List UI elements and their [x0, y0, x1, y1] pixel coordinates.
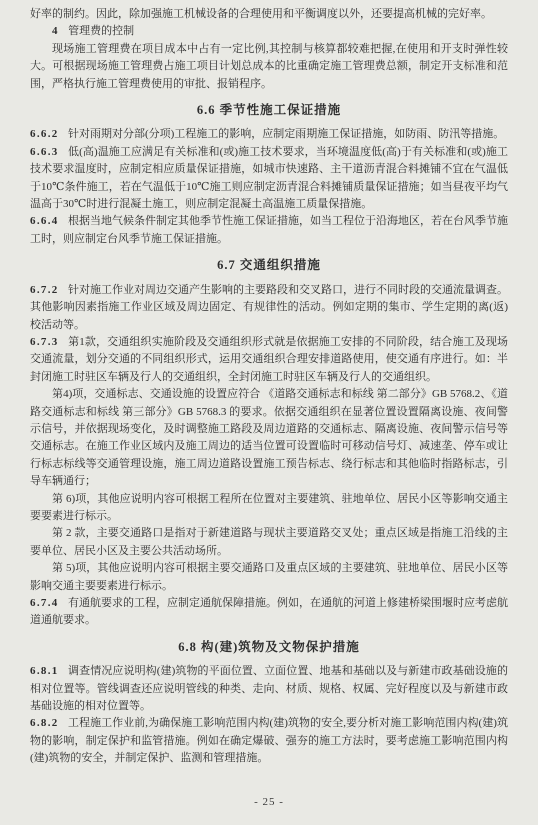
clause-6-7-2: 6.7.2针对施工作业对周边交通产生影响的主要路段和交叉路口，进行不同时段的交通… — [30, 282, 508, 334]
paragraph-clause-2: 第 2 款，主要交通路口是指对于新建道路与现状主要道路交叉处；重点区域是指施工沿… — [30, 525, 508, 560]
clause-6-6-3: 6.6.3低(高)温施工应满足有关标准和(或)施工技术要求，当环境温度低(高)于… — [30, 144, 508, 214]
clause-text: 工程施工作业前,为确保施工影响范围内构(建)筑物的安全,要分析对施工影响范围内构… — [30, 717, 508, 764]
clause-text: 针对施工作业对周边交通产生影响的主要路段和交叉路口，进行不同时段的交通流量调查。… — [30, 284, 508, 331]
page-number: - 25 - — [0, 794, 538, 811]
clause-number: 6.6.3 — [30, 146, 59, 158]
clause-number: 6.7.2 — [30, 284, 59, 296]
clause-text: 第1款，交通组织实施阶段及交通组织形式就是依据施工安排的不同阶段，结合施工及现场… — [30, 336, 508, 383]
clause-text: 有通航要求的工程，应制定通航保障措施。例如，在通航的河道上修建桥梁围堰时应考虑航… — [30, 597, 508, 626]
paragraph-item-4: 第4)项，交通标志、交通设施的设置应符合 《道路交通标志和标线 第二部分》GB … — [30, 386, 508, 490]
paragraph-item-5: 第 5)项，其他应说明内容可根据主要交通路口及重点区域的主要建筑、驻地单位、居民… — [30, 560, 508, 595]
paragraph-item-6: 第 6)项，其他应说明内容可根据工程所在位置对主要建筑、驻地单位、居民小区等影响… — [30, 491, 508, 526]
document-page: 好率的制约。因此，除加强施工机械设备的合理使用和平衡调度以外，还要提高机械的完好… — [0, 0, 538, 825]
clause-6-6-4: 6.6.4根据当地气候条件制定其他季节性施工保证措施，如当工程位于沿海地区，若在… — [30, 213, 508, 248]
clause-number: 6.8.2 — [30, 717, 59, 729]
clause-number: 6.7.4 — [30, 597, 59, 609]
clause-6-7-3: 6.7.3第1款，交通组织实施阶段及交通组织形式就是依据施工安排的不同阶段，结合… — [30, 334, 508, 386]
section-heading-6-6: 6.6 季节性施工保证措施 — [30, 102, 508, 119]
paragraph-machinery-continuation: 好率的制约。因此，除加强施工机械设备的合理使用和平衡调度以外，还要提高机械的完好… — [30, 6, 508, 23]
subheading-text: 管理费的控制 — [68, 25, 134, 37]
subheading-number: 4 — [52, 25, 59, 37]
clause-6-6-2: 6.6.2针对雨期对分部(分项)工程施工的影响，应制定雨期施工保证措施，如防雨、… — [30, 126, 508, 143]
clause-number: 6.8.1 — [30, 665, 59, 677]
clause-6-8-2: 6.8.2工程施工作业前,为确保施工影响范围内构(建)筑物的安全,要分析对施工影… — [30, 715, 508, 767]
clause-text: 根据当地气候条件制定其他季节性施工保证措施，如当工程位于沿海地区，若在台风季节施… — [30, 215, 508, 244]
clause-6-8-1: 6.8.1调查情况应说明构(建)筑物的平面位置、立面位置、地基和基础以及与新建市… — [30, 663, 508, 715]
paragraph-management-fee: 现场施工管理费在项目成本中占有一定比例,其控制与核算都较难把握,在使用和开支时弹… — [30, 41, 508, 93]
clause-number: 6.6.4 — [30, 215, 59, 227]
subheading-management-fee: 4管理费的控制 — [30, 23, 508, 40]
clause-text: 低(高)温施工应满足有关标准和(或)施工技术要求，当环境温度低(高)于有关标准和… — [30, 146, 508, 210]
section-heading-6-7: 6.7 交通组织措施 — [30, 257, 508, 274]
clause-number: 6.6.2 — [30, 128, 59, 140]
clause-text: 调查情况应说明构(建)筑物的平面位置、立面位置、地基和基础以及与新建市政基础设施… — [30, 665, 508, 712]
clause-6-7-4: 6.7.4有通航要求的工程，应制定通航保障措施。例如，在通航的河道上修建桥梁围堰… — [30, 595, 508, 630]
clause-number: 6.7.3 — [30, 336, 59, 348]
section-heading-6-8: 6.8 构(建)筑物及文物保护措施 — [30, 639, 508, 656]
clause-text: 针对雨期对分部(分项)工程施工的影响，应制定雨期施工保证措施，如防雨、防汛等措施… — [68, 128, 504, 140]
